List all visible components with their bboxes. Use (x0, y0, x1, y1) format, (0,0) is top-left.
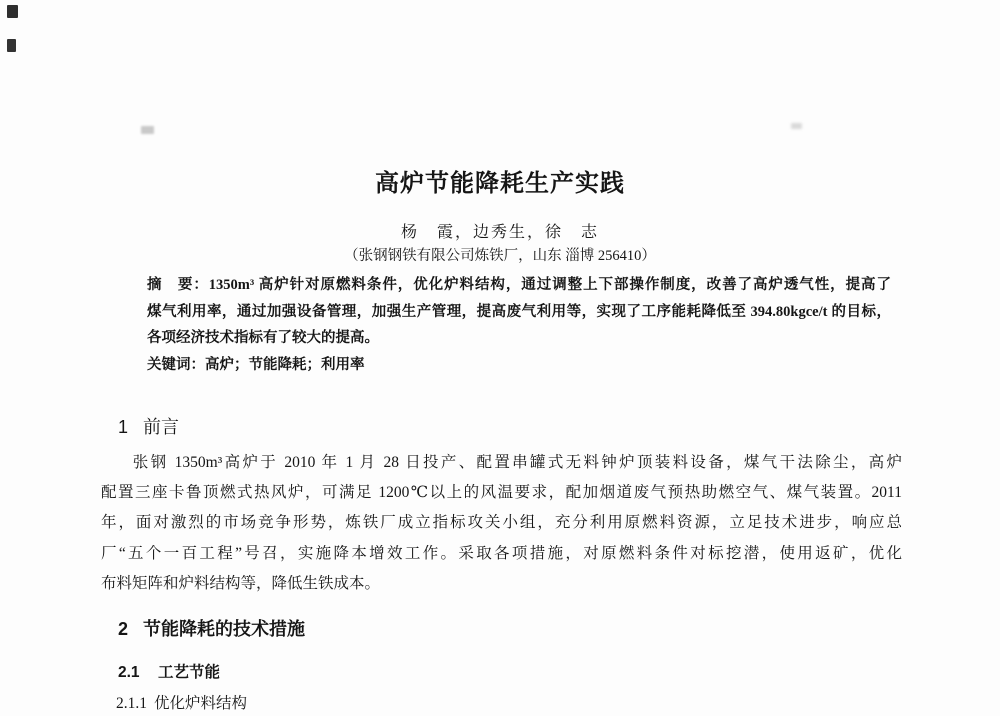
paragraph-line: 布料矩阵和炉料结构等，降低生铁成本。 (101, 569, 902, 599)
keywords-label: 关键词： (147, 357, 205, 373)
body-paragraph: 张钢 1350m³高炉于 2010 年 1 月 28 日投产、配置串罐式无料钟炉… (101, 448, 902, 599)
paragraph-line: 张钢 1350m³高炉于 2010 年 1 月 28 日投产、配置串罐式无料钟炉… (101, 448, 902, 478)
section-title: 节能降耗的技术措施 (143, 619, 305, 639)
abstract-line: 各项经济技术指标有了较大的提高。 (147, 325, 891, 352)
section-heading-1: 1前言 (118, 413, 179, 439)
abstract-label: 摘 要： (147, 277, 209, 293)
paragraph-line: 厂“五个一百工程”号召，实施降本增效工作。采取各项措施，对原燃料条件对标挖潜，使… (101, 539, 902, 569)
scan-artifact-smudge (141, 126, 154, 134)
keywords-text: 高炉；节能降耗；利用率 (205, 357, 365, 373)
document-page: 高炉节能降耗生产实践 杨 霞，边秀生，徐 志 （张钢钢铁有限公司炼铁厂，山东 淄… (0, 0, 1000, 716)
abstract-line: 摘 要：1350m³ 高炉针对原燃料条件，优化炉料结构，通过调整上下部操作制度，… (147, 272, 891, 299)
section-heading-2-1: 2.1工艺节能 (118, 660, 220, 682)
section-heading-2: 2节能降耗的技术措施 (118, 615, 305, 641)
section-title: 前言 (143, 417, 179, 437)
section-number: 2.1.1 (116, 695, 147, 712)
keywords-line: 关键词：高炉；节能降耗；利用率 (147, 352, 891, 379)
scan-artifact-mark (7, 5, 18, 18)
abstract-block: 摘 要：1350m³ 高炉针对原燃料条件，优化炉料结构，通过调整上下部操作制度，… (147, 272, 891, 378)
paper-title: 高炉节能降耗生产实践 (0, 163, 1000, 198)
section-number: 1 (118, 417, 143, 438)
paragraph-line: 年，面对激烈的市场竞争形势，炼铁厂成立指标攻关小组，充分利用原燃料资源，立足技术… (101, 508, 902, 538)
abstract-text: 各项经济技术指标有了较大的提高。 (147, 330, 379, 346)
section-number: 2 (118, 619, 143, 640)
abstract-text: 1350m³ 高炉针对原燃料条件，优化炉料结构，通过调整上下部操作制度，改善了高… (209, 277, 891, 293)
authors-line: 杨 霞，边秀生，徐 志 (0, 219, 1000, 242)
abstract-line: 煤气利用率，通过加强设备管理，加强生产管理，提高废气利用等，实现了工序能耗降低至… (147, 299, 891, 326)
affiliation-line: （张钢钢铁有限公司炼铁厂，山东 淄博 256410） (0, 244, 1000, 265)
scan-artifact-smudge (791, 123, 802, 129)
paragraph-line: 配置三座卡鲁顶燃式热风炉，可满足 1200℃以上的风温要求，配加烟道废气预热助燃… (101, 478, 902, 508)
section-number: 2.1 (118, 664, 158, 682)
section-title: 工艺节能 (158, 664, 220, 681)
abstract-text: 煤气利用率，通过加强设备管理，加强生产管理，提高废气利用等，实现了工序能耗降低至… (147, 304, 891, 320)
section-title: 优化炉料结构 (154, 695, 247, 712)
scan-artifact-mark (7, 39, 16, 52)
section-heading-2-1-1: 2.1.1优化炉料结构 (116, 691, 247, 713)
